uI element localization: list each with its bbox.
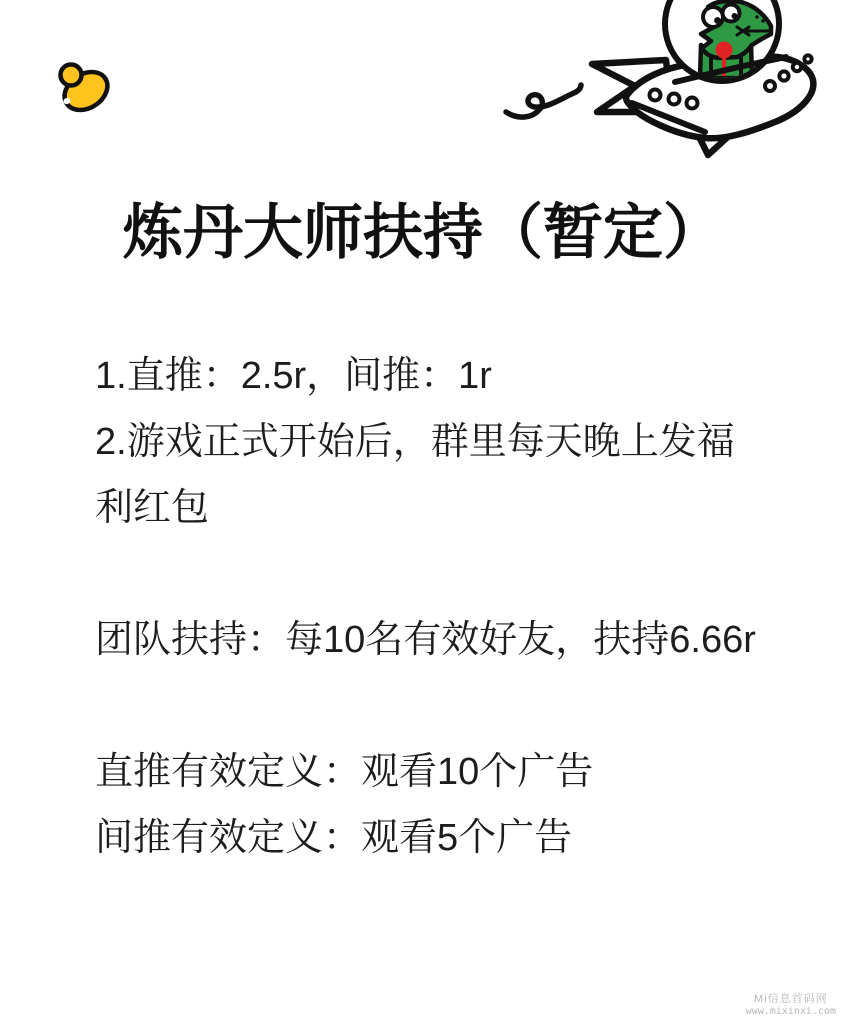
watermark-url: www.mixinxi.com (746, 1006, 836, 1018)
dino-eye-right (723, 5, 740, 22)
body-line-5: 直推有效定义：观看10个广告 (95, 739, 806, 805)
body-line-6: 间推有效定义：观看5个广告 (95, 805, 806, 871)
body-text: 1.直推：2.5r，间推：1r 2.游戏正式开始后，群里每天晚上发福 利红包 团… (95, 343, 806, 871)
poster-page: { "theme": { "background": "#ffffff", "t… (0, 0, 846, 1024)
watermark-site-name: Mi信息首码网 (746, 993, 836, 1006)
body-line-1: 1.直推：2.5r，间推：1r (95, 343, 806, 409)
body-line-2: 2.游戏正式开始后，群里每天晚上发福 (95, 409, 806, 475)
pendant (716, 42, 733, 59)
body-line-spacer-1 (95, 541, 806, 607)
bean-icon (54, 60, 112, 116)
dino-eye-left (703, 7, 723, 27)
watermark: Mi信息首码网 www.mixinxi.com (746, 993, 836, 1018)
spaceship-icon (480, 0, 846, 165)
body-line-3: 利红包 (95, 475, 806, 541)
body-line-4: 团队扶持：每10名有效好友，扶持6.66r (95, 607, 806, 673)
page-title: 炼丹大师扶持（暂定） (0, 197, 846, 269)
body-line-spacer-2 (95, 673, 806, 739)
trail-squiggle (506, 85, 581, 117)
